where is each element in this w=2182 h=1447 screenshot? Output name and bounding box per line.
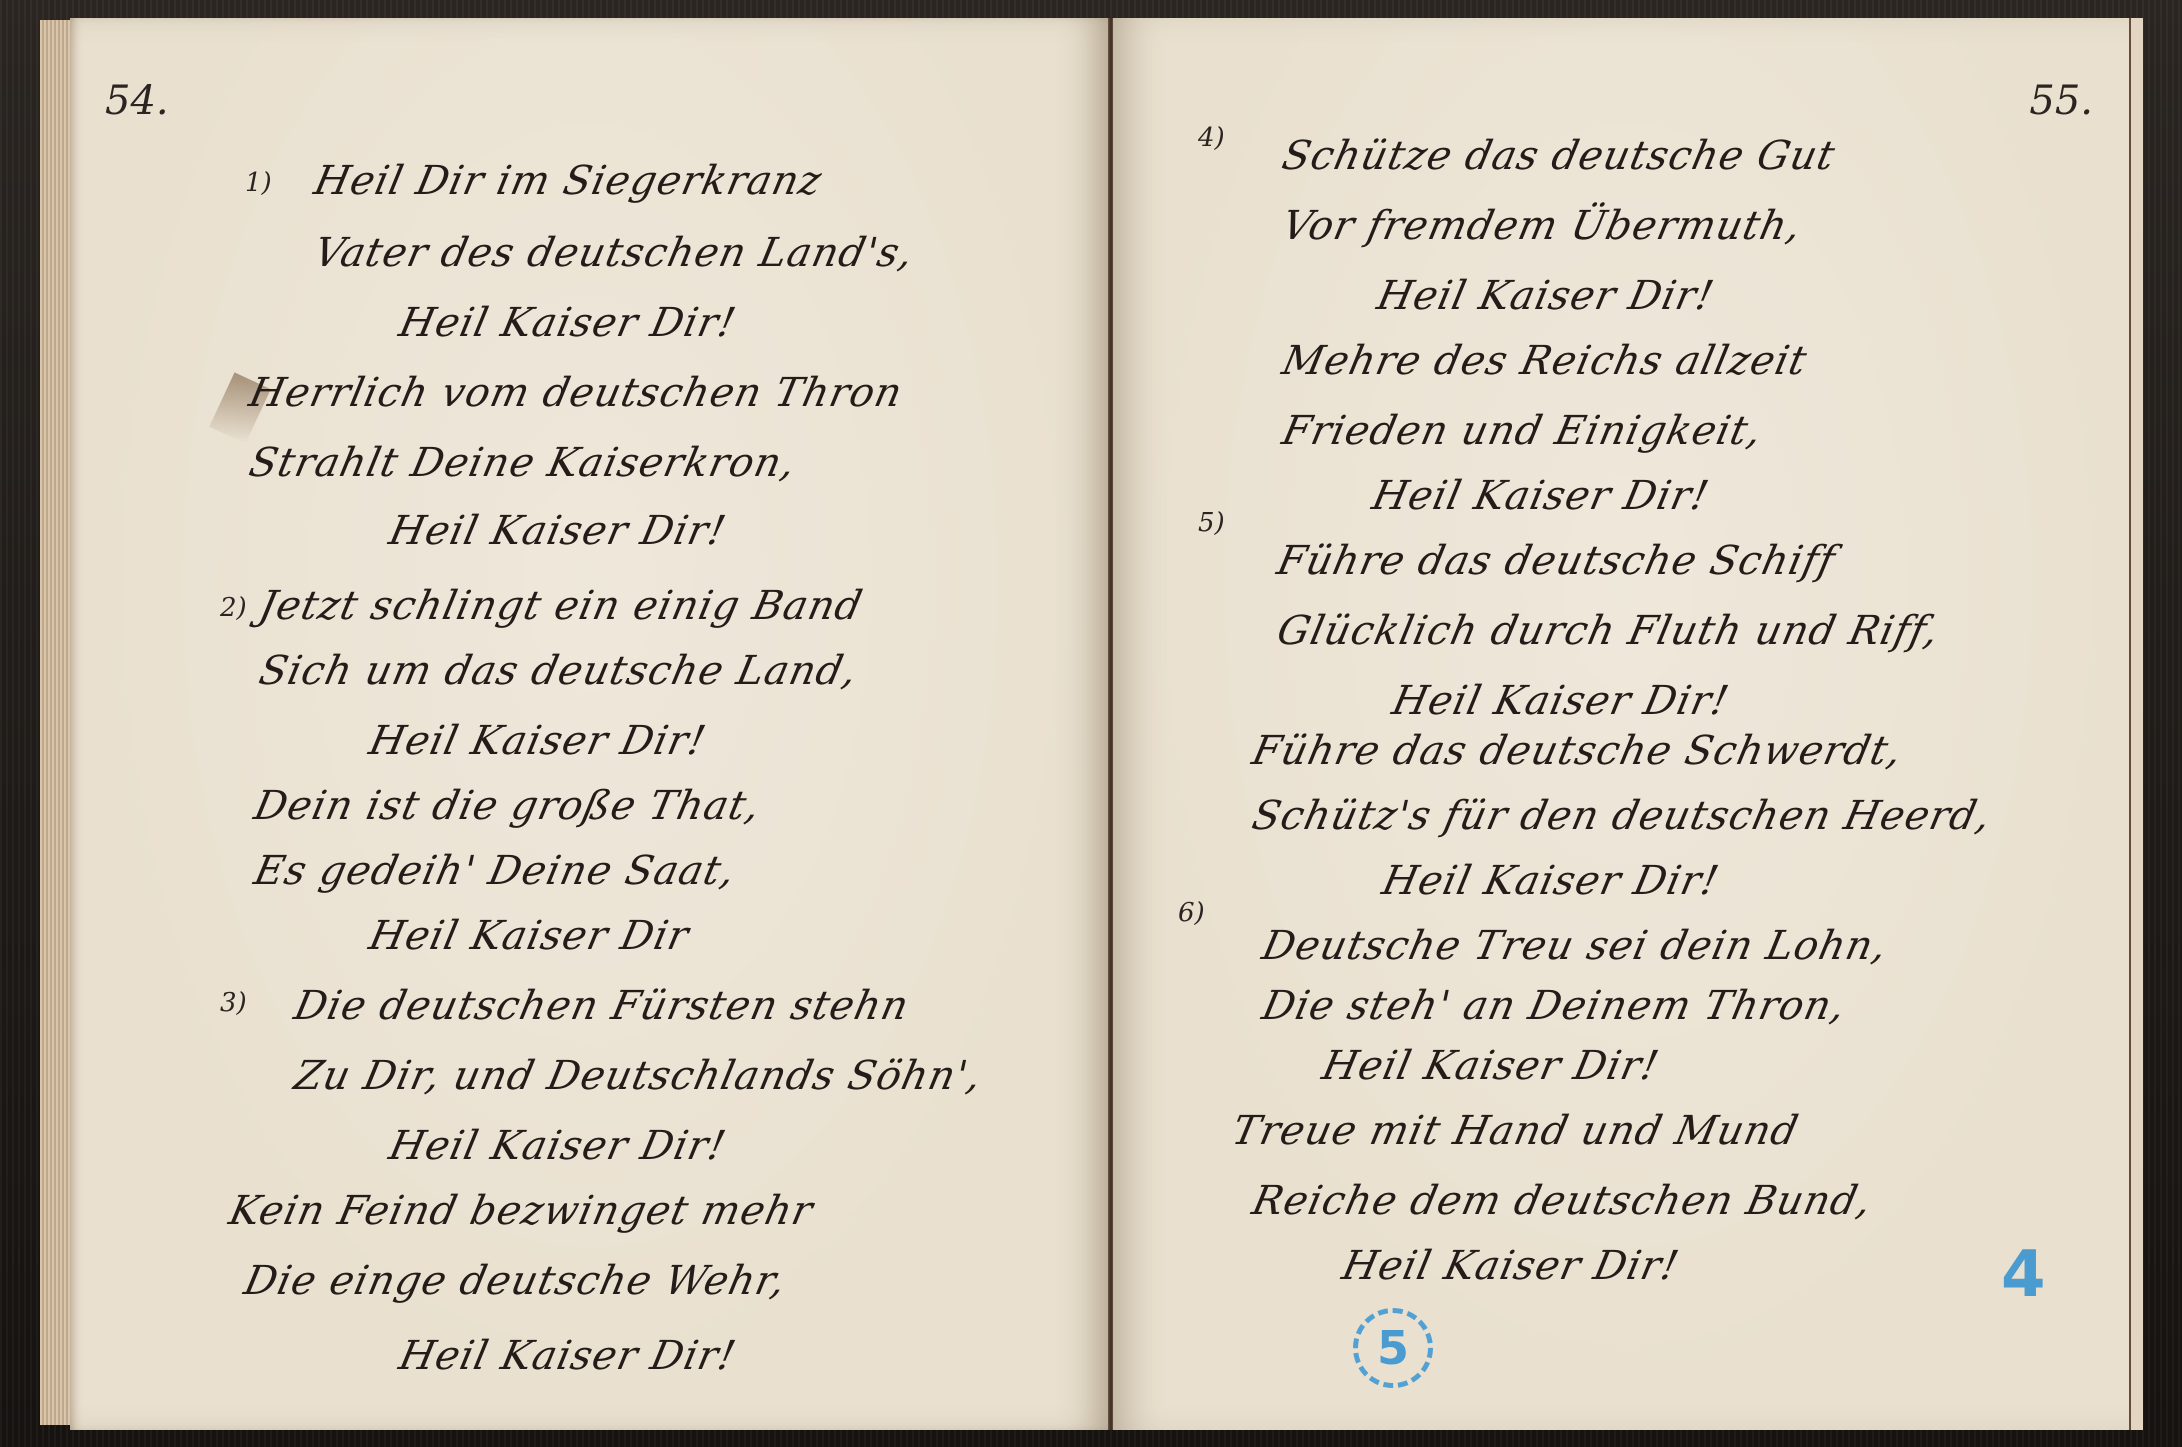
- verse-number: 6): [1178, 898, 1205, 928]
- verse-number: 2): [220, 593, 247, 623]
- verse-block: 4) Schütze das deutsche Gut Vor fremdem …: [1113, 18, 2143, 1430]
- verse-line: Die einge deutsche Wehr,: [240, 1258, 790, 1304]
- verse-line: Jetzt schlingt ein einig Band: [255, 583, 867, 629]
- verse-line: Schütz's für den deutschen Heerd,: [1248, 793, 1995, 839]
- verse-line: Strahlt Deine Kaiserkron,: [245, 440, 800, 486]
- verse-line: Glücklich durch Fluth und Riff,: [1273, 608, 1943, 654]
- refrain-line: Heil Kaiser Dir!: [395, 1333, 740, 1379]
- verse-line: Treue mit Hand und Mund: [1228, 1108, 1803, 1154]
- page-edges: [40, 20, 70, 1425]
- refrain-line: Heil Kaiser Dir!: [365, 718, 710, 764]
- verse-line: Die steh' an Deinem Thron,: [1258, 983, 1850, 1029]
- verse-line: Reiche dem deutschen Bund,: [1248, 1178, 1876, 1224]
- verse-line: Schütze das deutsche Gut: [1278, 133, 1839, 179]
- verse-line: Vater des deutschen Land's,: [310, 230, 918, 276]
- verse-number: 3): [220, 988, 247, 1018]
- verse-block: 1) Heil Dir im Siegerkranz Vater des deu…: [70, 18, 1110, 1430]
- verse-line: Führe das deutsche Schiff: [1273, 538, 1839, 584]
- verse-line: Frieden und Einigkeit,: [1278, 408, 1766, 454]
- verse-line: Heil Dir im Siegerkranz: [310, 158, 826, 204]
- refrain-line: Heil Kaiser Dir!: [385, 508, 730, 554]
- verse-line: Dein ist die große That,: [250, 783, 765, 829]
- verse-line: Führe das deutsche Schwerdt,: [1248, 728, 1906, 774]
- verse-line: Vor fremdem Übermuth,: [1278, 203, 1806, 249]
- refrain-line: Heil Kaiser Dir!: [395, 300, 740, 346]
- verse-line: Mehre des Reichs allzeit: [1278, 338, 1811, 384]
- page-stamp: 4: [2001, 1238, 2046, 1312]
- refrain-line: Heil Kaiser Dir!: [1373, 273, 1718, 319]
- verse-number: 1): [245, 168, 272, 198]
- right-page: 55. 4) Schütze das deutsche Gut Vor frem…: [1113, 18, 2143, 1430]
- refrain-line: Heil Kaiser Dir!: [385, 1123, 730, 1169]
- refrain-line: Heil Kaiser Dir!: [1388, 678, 1733, 724]
- refrain-line: Heil Kaiser Dir: [365, 913, 693, 959]
- verse-line: Sich um das deutsche Land,: [255, 648, 862, 694]
- verse-number: 5): [1198, 508, 1225, 538]
- page-stamp: 5: [1353, 1308, 1433, 1388]
- refrain-line: Heil Kaiser Dir!: [1338, 1243, 1683, 1289]
- verse-line: Herrlich vom deutschen Thron: [245, 370, 907, 416]
- refrain-line: Heil Kaiser Dir!: [1368, 473, 1713, 519]
- refrain-line: Heil Kaiser Dir!: [1318, 1043, 1663, 1089]
- verse-line: Zu Dir, und Deutschlands Söhn',: [290, 1053, 986, 1099]
- left-page: 54. 1) Heil Dir im Siegerkranz Vater des…: [70, 18, 1110, 1430]
- verse-line: Es gedeih' Deine Saat,: [250, 848, 740, 894]
- verse-line: Die deutschen Fürsten stehn: [290, 983, 913, 1029]
- verse-line: Kein Feind bezwinget mehr: [225, 1188, 817, 1234]
- refrain-line: Heil Kaiser Dir!: [1378, 858, 1723, 904]
- verse-line: Deutsche Treu sei dein Lohn,: [1258, 923, 1892, 969]
- verse-number: 4): [1198, 123, 1225, 153]
